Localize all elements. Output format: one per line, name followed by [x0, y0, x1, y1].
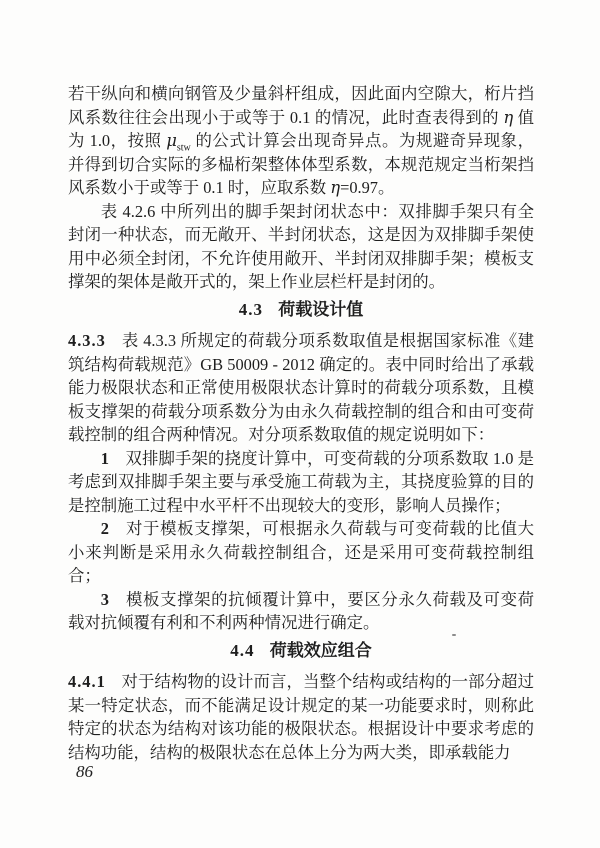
document-page: 若干纵向和横向钢管及少量斜杆组成，因此面内空隙大，桁片挡风系数往往会出现小于或等…: [0, 0, 600, 848]
eta-symbol: η: [503, 108, 513, 127]
section-4-3-heading: 4.3荷载设计值: [68, 298, 534, 322]
paragraph-enclosure-states: 表 4.2.6 中所列出的脚手架封闭状态中：双排脚手架只有全封闭一种状态，而无敞…: [68, 200, 534, 294]
page-content: 若干纵向和横向钢管及少量斜杆组成，因此面内空隙大，桁片挡风系数往往会出现小于或等…: [68, 82, 534, 764]
section-4-4-heading: 4.4荷载效应组合: [68, 639, 534, 663]
item-text: 对于模板支撑架，可根据永久荷载与可变荷载的比值大小来判断是采用永久荷载控制组合，…: [68, 519, 534, 585]
section-title: 荷载设计值: [278, 300, 363, 319]
page-number: 86: [76, 762, 93, 782]
eta-symbol: η: [330, 178, 340, 197]
section-number: 4.3: [239, 300, 263, 319]
scan-artifact-dot: [452, 634, 456, 636]
paragraph-wind-coefficient: 若干纵向和横向钢管及少量斜杆组成，因此面内空隙大，桁片挡风系数往往会出现小于或等…: [68, 82, 534, 200]
paragraph-text: =0.97。: [340, 178, 394, 197]
section-number: 4.4: [230, 641, 254, 660]
load-factor-item-2: 2对于模板支撑架，可根据永久荷载与可变荷载的比值大小来判断是采用永久荷载控制组合…: [68, 517, 534, 588]
clause-number: 4.4.1: [68, 672, 106, 691]
item-number: 1: [101, 449, 109, 468]
mu-symbol: μ: [166, 131, 177, 150]
clause-text: 对于结构物的设计而言，当整个结构或结构的一部分超过某一特定状态，而不能满足设计规…: [68, 672, 534, 762]
clause-4-4-1: 4.4.1对于结构物的设计而言，当整个结构或结构的一部分超过某一特定状态，而不能…: [68, 670, 534, 764]
paragraph-text: 若干纵向和横向钢管及少量斜杆组成，因此面内空隙大，桁片挡风系数往往会出现小于或等…: [68, 84, 534, 127]
section-title: 荷载效应组合: [270, 641, 372, 660]
clause-text: 表 4.3.3 所规定的荷载分项系数取值是根据国家标准《建筑结构荷载规范》GB …: [68, 331, 534, 444]
load-factor-item-3: 3模板支撑架的抗倾覆计算中，要区分永久荷载及可变荷载对抗倾覆有利和不利两种情况进…: [68, 588, 534, 635]
item-number: 2: [101, 519, 109, 538]
paragraph-text: 表 4.2.6 中所列出的脚手架封闭状态中：双排脚手架只有全封闭一种状态，而无敞…: [68, 202, 534, 292]
item-text: 模板支撑架的抗倾覆计算中，要区分永久荷载及可变荷载对抗倾覆有利和不利两种情况进行…: [68, 590, 534, 633]
mu-subscript: stw: [177, 142, 191, 153]
item-number: 3: [101, 590, 109, 609]
clause-4-3-3: 4.3.3表 4.3.3 所规定的荷载分项系数取值是根据国家标准《建筑结构荷载规…: [68, 329, 534, 447]
item-text: 双排脚手架的挠度计算中，可变荷载的分项系数取 1.0 是考虑到双排脚手架主要与承…: [68, 449, 534, 515]
clause-number: 4.3.3: [68, 331, 106, 350]
load-factor-item-1: 1双排脚手架的挠度计算中，可变荷载的分项系数取 1.0 是考虑到双排脚手架主要与…: [68, 447, 534, 518]
